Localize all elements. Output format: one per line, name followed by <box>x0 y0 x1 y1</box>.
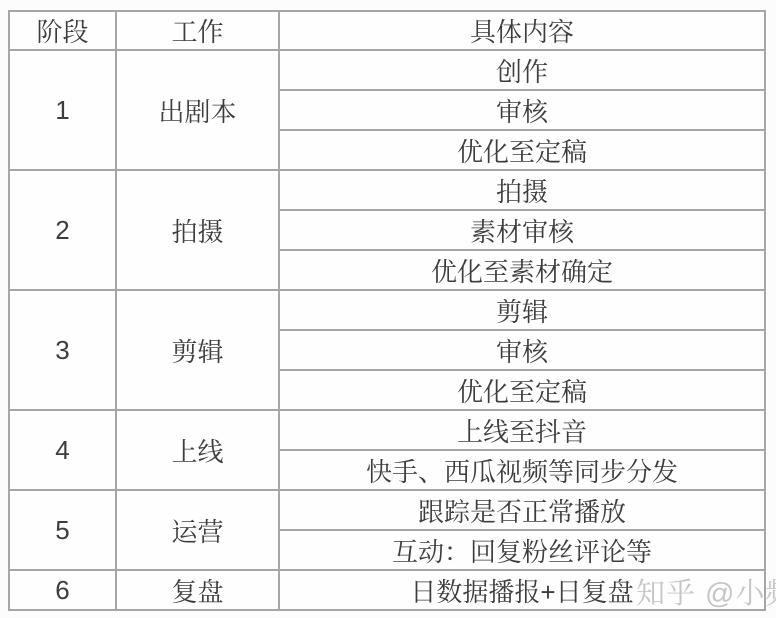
table-row: 4 上线 上线至抖音 <box>9 410 765 450</box>
work-label: 运营 <box>116 490 279 570</box>
header-work: 工作 <box>116 11 279 50</box>
content-cell: 快手、西瓜视频等同步分发 <box>279 450 765 490</box>
content-cell: 跟踪是否正常播放 <box>279 490 765 530</box>
stage-number: 6 <box>9 570 116 610</box>
work-label: 拍摄 <box>116 170 279 290</box>
stage-number: 4 <box>9 410 116 490</box>
header-stage: 阶段 <box>9 11 116 50</box>
stage-number: 3 <box>9 290 116 410</box>
stage-number: 5 <box>9 490 116 570</box>
content-cell: 审核 <box>279 90 765 130</box>
table-row: 1 出剧本 创作 <box>9 50 765 90</box>
work-label: 剪辑 <box>116 290 279 410</box>
content-cell: 创作 <box>279 50 765 90</box>
stage-number: 2 <box>9 170 116 290</box>
stage-number: 1 <box>9 50 116 170</box>
work-label: 上线 <box>116 410 279 490</box>
content-cell: 剪辑 <box>279 290 765 330</box>
work-label: 出剧本 <box>116 50 279 170</box>
content-cell: 审核 <box>279 330 765 370</box>
work-label: 复盘 <box>116 570 279 610</box>
content-cell: 优化至定稿 <box>279 370 765 410</box>
table-row: 6 复盘 日数据播报+日复盘 <box>9 570 765 610</box>
table-row: 3 剪辑 剪辑 <box>9 290 765 330</box>
content-cell: 日数据播报+日复盘 <box>279 570 765 610</box>
content-cell: 优化至素材确定 <box>279 250 765 290</box>
content-cell: 互动：回复粉丝评论等 <box>279 530 765 570</box>
header-content: 具体内容 <box>279 11 765 50</box>
table-row: 2 拍摄 拍摄 <box>9 170 765 210</box>
workflow-table: 阶段 工作 具体内容 1 出剧本 创作 审核 优化至定稿 2 拍摄 拍摄 素材审… <box>8 10 766 611</box>
content-cell: 上线至抖音 <box>279 410 765 450</box>
content-cell: 拍摄 <box>279 170 765 210</box>
header-row: 阶段 工作 具体内容 <box>9 11 765 50</box>
table-row: 5 运营 跟踪是否正常播放 <box>9 490 765 530</box>
content-cell: 优化至定稿 <box>279 130 765 170</box>
content-cell: 素材审核 <box>279 210 765 250</box>
